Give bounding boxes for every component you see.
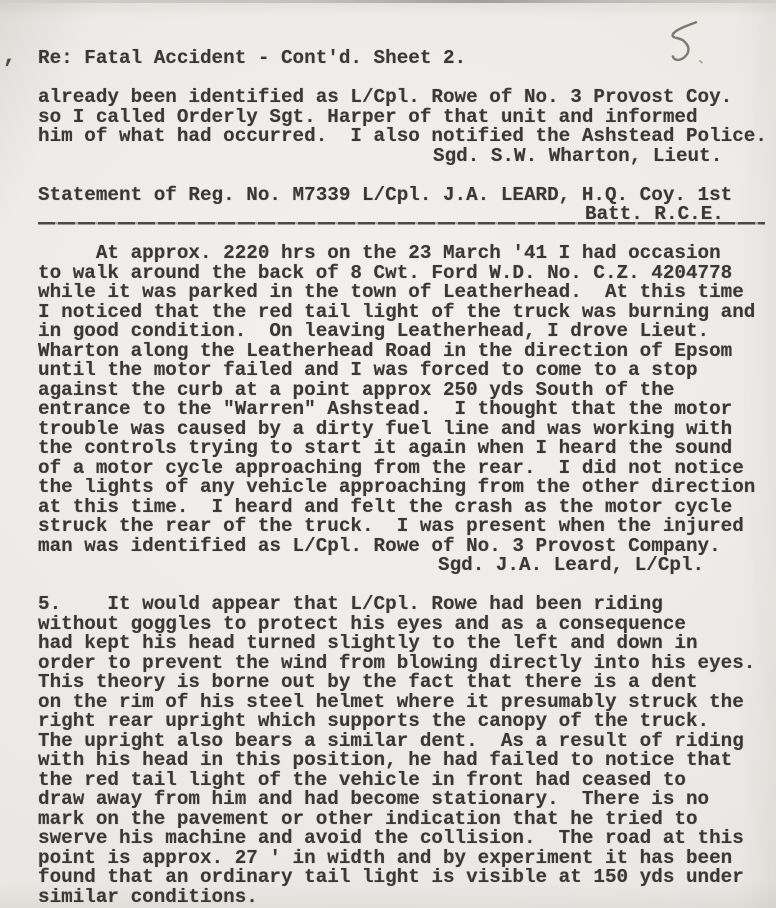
leard-line: until the motor failed and I was forced … <box>38 361 765 381</box>
typewritten-text-block: Re: Fatal Accident - Cont'd. Sheet 2. al… <box>38 49 765 907</box>
point5-line: This theory is borne out by the fact tha… <box>38 673 765 693</box>
document-title: Re: Fatal Accident - Cont'd. Sheet 2. <box>38 49 765 69</box>
stray-ink-mark: , <box>3 44 16 69</box>
point5-line: swerve his machine and avoid the collisi… <box>38 829 765 849</box>
leard-line: the controls trying to start it again wh… <box>38 439 765 459</box>
leard-line: entrance to the "Warren" Ashstead. I tho… <box>38 400 765 420</box>
blank-line <box>38 166 765 186</box>
wharton-signature: Sgd. S.W. Wharton, Lieut. <box>38 147 765 167</box>
leard-line: while it was parked in the town of Leath… <box>38 283 765 303</box>
wharton-line: already been identified as L/Cpl. Rowe o… <box>38 88 765 108</box>
point5-line: found that an ordinary tail light is vis… <box>38 868 765 888</box>
leard-line: the lights of any vehicle approaching fr… <box>38 478 765 498</box>
leard-line: struck the rear of the truck. I was pres… <box>38 517 765 537</box>
point5-line: 5. It would appear that L/Cpl. Rowe had … <box>38 595 765 615</box>
point5-line: had kept his head turned slightly to the… <box>38 634 765 654</box>
leard-line: in good condition. On leaving Leatherhea… <box>38 322 765 342</box>
point5-line: right rear upright which supports the ca… <box>38 712 765 732</box>
leard-signature: Sgd. J.A. Leard, L/Cpl. <box>38 556 765 576</box>
wharton-line: him of what had occurred. I also notifie… <box>38 127 765 147</box>
point5-line: with his head in this position, he had f… <box>38 751 765 771</box>
statement-heading-line2: Batt. R.C.E. <box>38 205 765 225</box>
statement-heading-batt: Batt. R.C.E. <box>38 205 724 225</box>
point5-line: similar conditions. <box>38 888 765 908</box>
leard-line: At approx. 2220 hrs on the 23 March '41 … <box>38 244 765 264</box>
photo-top-edge <box>0 0 776 3</box>
document-page: , Re: Fatal Accident - Cont'd. Sheet 2. … <box>0 0 776 908</box>
point5-line: draw away from him and had become statio… <box>38 790 765 810</box>
